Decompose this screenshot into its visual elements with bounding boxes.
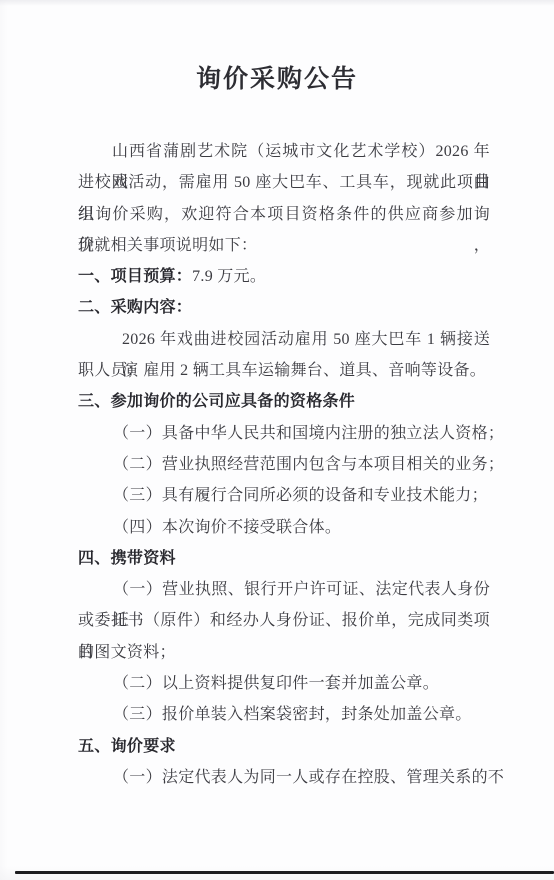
doc-line: 进校园活动，需雇用 50 座大巴车、工具车，现就此项目组	[78, 167, 490, 198]
doc-line: （四）本次询价不接受联合体。	[78, 512, 490, 543]
doc-line: （一）具备中华人民共和国境内注册的独立法人资格；	[78, 418, 490, 449]
scan-bottom-edge	[15, 871, 554, 874]
doc-line: （三）具有履行合同所必须的设备和专业技术能力；	[78, 480, 490, 511]
doc-line: 的图文资料；	[78, 637, 490, 668]
doc-line: 五、询价要求	[78, 731, 490, 762]
doc-line: （一）法定代表人为同一人或存在控股、管理关系的不	[78, 762, 490, 793]
doc-line: 四、携带资料	[78, 543, 490, 574]
doc-line-heading: 一、项目预算：	[78, 268, 192, 285]
doc-line: 三、参加询价的公司应具备的资格条件	[78, 386, 490, 417]
doc-line: （二）以上资料提供复印件一套并加盖公章。	[78, 668, 490, 699]
doc-line: 2026 年戏曲进校园活动雇用 50 座大巴车 1 辆接送演	[78, 324, 490, 355]
doc-line: 一、项目预算：7.9 万元。	[78, 261, 490, 292]
doc-line: 织询价采购，欢迎符合本项目资格条件的供应商参加询价，	[78, 199, 490, 230]
doc-line-text: 7.9 万元。	[192, 268, 266, 285]
doc-line: 二、采购内容：	[78, 292, 490, 323]
doc-line: 山西省蒲剧艺术院（运城市文化艺术学校）2026 年戏曲	[78, 136, 490, 167]
doc-line: （一）营业执照、银行开户许可证、法定代表人身份证	[78, 574, 490, 605]
doc-line: 职人员；雇用 2 辆工具车运输舞台、道具、音响等设备。	[78, 355, 490, 386]
doc-line: （三）报价单装入档案袋密封，封条处加盖公章。	[78, 699, 490, 730]
doc-line: （二）营业执照经营范围内包含与本项目相关的业务；	[78, 449, 490, 480]
document-body: 山西省蒲剧艺术院（运城市文化艺术学校）2026 年戏曲进校园活动，需雇用 50 …	[78, 136, 490, 793]
doc-line: 或委托书（原件）和经办人身份证、报价单，完成同类项目	[78, 605, 490, 636]
document-title: 询价采购公告	[0, 64, 554, 96]
scanned-document-page: 询价采购公告 山西省蒲剧艺术院（运城市文化艺术学校）2026 年戏曲进校园活动，…	[0, 0, 554, 880]
